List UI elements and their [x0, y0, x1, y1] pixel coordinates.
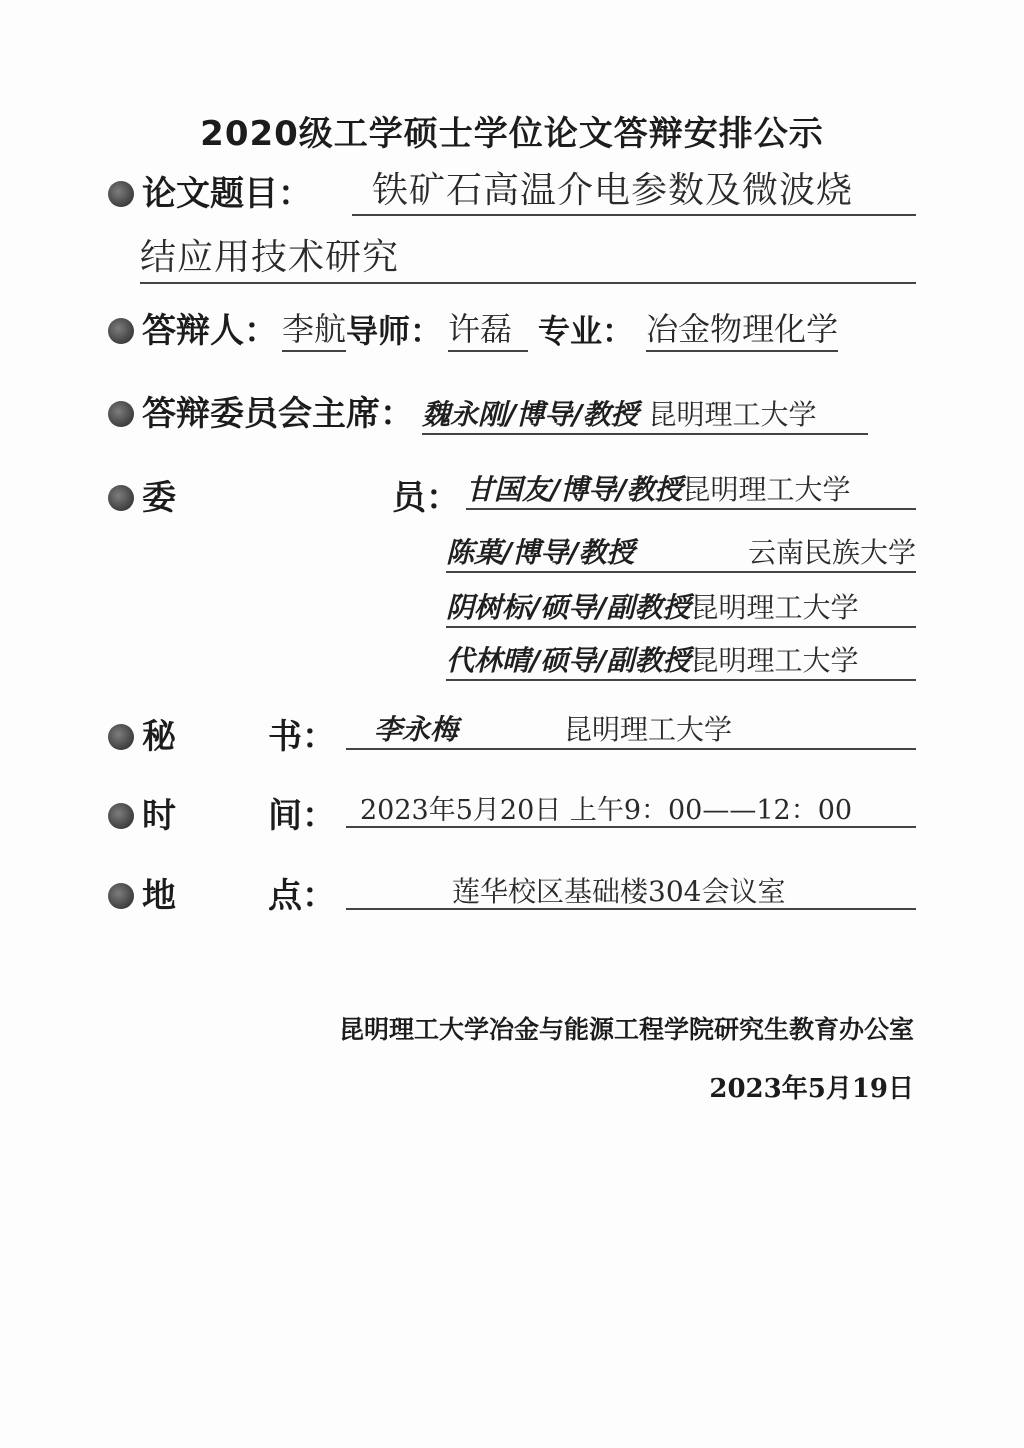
member-row: 代林晴/硕导/副教授 昆明理工大学: [446, 643, 916, 681]
major-value: 冶金物理化学: [646, 304, 838, 352]
member-affiliation: 云南民族大学: [748, 531, 916, 571]
thesis-label: 论文题目：: [142, 166, 312, 215]
committee-members-row: 委: [108, 470, 176, 519]
defender-label: 答辩人：: [142, 303, 278, 352]
document-page: 2020级工学硕士学位论文答辩安排公示 论文题目： 铁矿石高温介电参数及微波烧 …: [0, 0, 1024, 1448]
issuer: 昆明理工大学冶金与能源工程学院研究生教育办公室: [339, 1010, 914, 1046]
thesis-title-line1: 铁矿石高温介电参数及微波烧: [352, 168, 916, 216]
member-name: 阴树标/硕导/副教授: [446, 586, 690, 626]
thesis-title-line2: 结应用技术研究: [140, 236, 916, 284]
major-label: 专业：: [538, 306, 634, 352]
member-affiliation: 昆明理工大学: [690, 586, 858, 626]
defender-row: 答辩人： 李航 导师： 许磊 专业： 冶金物理化学: [108, 303, 838, 352]
committee-chair-name: 魏永刚/博导/教授: [422, 393, 638, 433]
location-row: 地: [108, 868, 176, 917]
thesis-row: 论文题目：: [108, 166, 312, 215]
bullet-icon: [108, 883, 134, 909]
advisor-name: 许磊: [448, 304, 528, 352]
bullet-icon: [108, 803, 134, 829]
member-row: 阴树标/硕导/副教授 昆明理工大学: [446, 590, 916, 628]
member-name: 陈菓/博导/教授: [446, 531, 634, 571]
time-value: 2023年5月20日 上午9：00——12：00: [346, 794, 916, 828]
location-label-right: 点：: [268, 868, 336, 917]
bullet-icon: [108, 181, 134, 207]
location-value: 莲华校区基础楼304会议室: [346, 874, 916, 910]
time-label-right: 间：: [268, 788, 336, 837]
bullet-icon: [108, 318, 134, 344]
secretary-label-left: 秘: [142, 709, 176, 758]
committee-chair-row: 答辩委员会主席： 魏永刚/博导/教授 昆明理工大学: [108, 386, 868, 435]
issue-date: 2023年5月19日: [709, 1068, 914, 1105]
members-label-right: 员：: [392, 470, 460, 519]
member-affiliation: 昆明理工大学: [682, 468, 850, 508]
time-label-left: 时: [142, 788, 176, 837]
secretary-name: 李永梅: [374, 708, 458, 748]
secretary-affiliation: 昆明理工大学: [564, 708, 732, 748]
member-name: 代林晴/硕导/副教授: [446, 639, 690, 679]
bullet-icon: [108, 724, 134, 750]
committee-chair-value: 魏永刚/博导/教授 昆明理工大学: [422, 393, 868, 435]
time-row: 时: [108, 788, 176, 837]
committee-chair-affiliation: 昆明理工大学: [648, 393, 816, 433]
secretary-label-right: 书：: [268, 709, 336, 758]
member-name: 甘国友/博导/教授: [466, 468, 682, 508]
defender-name: 李航: [282, 304, 346, 352]
secretary-row: 秘: [108, 709, 176, 758]
member-row: 甘国友/博导/教授 昆明理工大学: [466, 474, 916, 510]
bullet-icon: [108, 401, 134, 427]
location-label-left: 地: [142, 868, 176, 917]
committee-chair-label: 答辩委员会主席：: [142, 386, 414, 435]
member-row: 陈菓/博导/教授 云南民族大学: [446, 535, 916, 573]
advisor-label: 导师：: [346, 306, 442, 352]
member-affiliation: 昆明理工大学: [690, 639, 858, 679]
bullet-icon: [108, 485, 134, 511]
secretary-value: 李永梅 昆明理工大学: [346, 712, 916, 750]
page-title: 2020级工学硕士学位论文答辩安排公示: [0, 106, 1024, 155]
members-label-left: 委: [142, 470, 176, 519]
